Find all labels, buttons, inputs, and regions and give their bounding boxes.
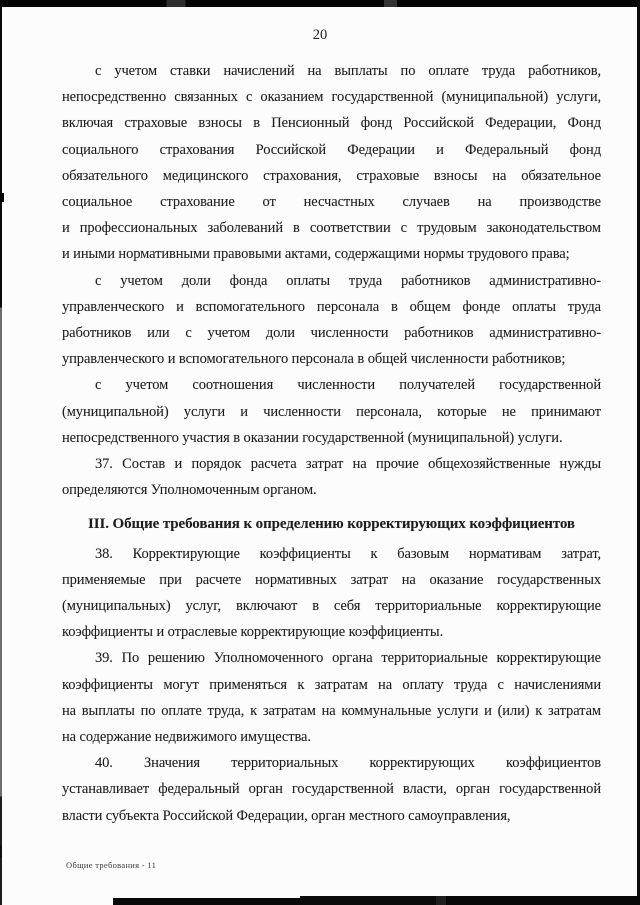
scan-edge-left [0, 0, 2, 905]
text-line: коэффициенты и отраслевые корректирующие… [62, 619, 601, 645]
text-line: коэффициенты могут применяться к затрата… [62, 672, 601, 698]
scan-edge-top [0, 0, 640, 7]
paragraph: 38. Корректирующие коэффициенты к базовы… [62, 541, 601, 646]
text-line: 40. Значения территориальных корректирую… [62, 750, 601, 776]
text-line: обязательного медицинского страхования, … [62, 163, 601, 189]
text-line: непосредственно связанных с оказанием го… [62, 84, 601, 110]
paragraph: с учетом ставки начислений на выплаты по… [62, 58, 601, 268]
text-line: непосредственного участия в оказании гос… [62, 425, 601, 451]
text-line: социального страхования Российской Федер… [62, 137, 601, 163]
text-line: социальное страхование от несчастных слу… [62, 189, 601, 215]
text-line: включая страховые взносы в Пенсионный фо… [62, 110, 601, 136]
text-line: с учетом ставки начислений на выплаты по… [62, 58, 601, 84]
text-line: управленческого и вспомогательного персо… [62, 346, 601, 372]
text-line: на выплаты по оплате труда, к затратам н… [62, 698, 601, 724]
text-line: 37. Состав и порядок расчета затрат на п… [62, 451, 601, 477]
footer-note: Общие требования - 11 [66, 860, 156, 870]
text-line: на содержание недвижимого имущества. [62, 724, 601, 750]
scan-artifact [0, 193, 4, 202]
paragraph: 39. По решению Уполномоченного органа те… [62, 645, 601, 750]
text-line: устанавливает федеральный орган государс… [62, 776, 601, 802]
paragraph: с учетом доли фонда оплаты труда работни… [62, 268, 601, 373]
text-line: работников или с учетом доли численности… [62, 320, 601, 346]
text-line: с учетом соотношения численности получат… [62, 372, 601, 398]
page-number: 20 [0, 27, 640, 44]
scan-artifact [0, 845, 2, 858]
text-line: управленческого и вспомогательного персо… [62, 294, 601, 320]
text-line: и профессиональных заболеваний в соответ… [62, 215, 601, 241]
text-line: применяемые при расчете нормативных затр… [62, 567, 601, 593]
text-line: 39. По решению Уполномоченного органа те… [62, 645, 601, 671]
section-heading: III. Общие требования к определению корр… [62, 511, 601, 537]
text-line: власти субъекта Российской Федерации, ор… [62, 803, 601, 829]
text-line: 38. Корректирующие коэффициенты к базовы… [62, 541, 601, 567]
paragraph: 40. Значения территориальных корректирую… [62, 750, 601, 829]
text-line: (муниципальных) услуг, включают в себя т… [62, 593, 601, 619]
paragraph: с учетом соотношения численности получат… [62, 372, 601, 451]
document-body: с учетом ставки начислений на выплаты по… [62, 58, 601, 829]
text-line: (муниципальной) услуги и численности пер… [62, 399, 601, 425]
text-line: с учетом доли фонда оплаты труда работни… [62, 268, 601, 294]
text-line: определяются Уполномоченным органом. [62, 477, 601, 503]
text-line: и иными нормативными правовыми актами, с… [62, 241, 601, 267]
paragraph: 37. Состав и порядок расчета затрат на п… [62, 451, 601, 503]
scanned-page: 20 с учетом ставки начислений на выплаты… [0, 0, 640, 905]
scan-edge-bottom-thick [300, 896, 640, 905]
